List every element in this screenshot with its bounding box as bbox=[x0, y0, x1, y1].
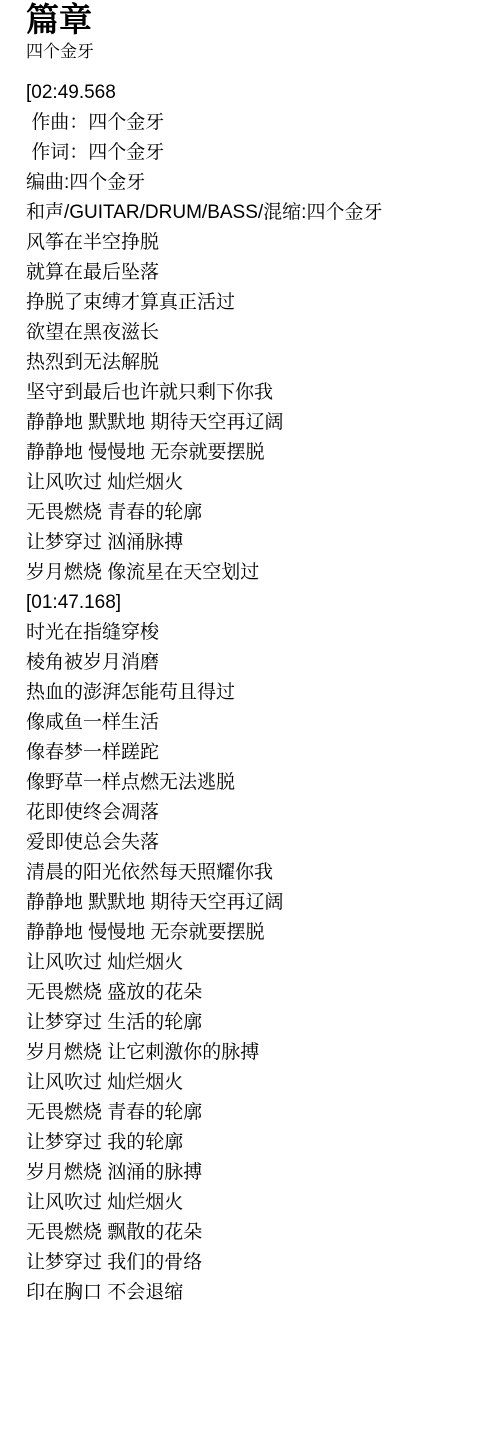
lyric-line: 岁月燃烧 汹涌的脉搏 bbox=[26, 1158, 490, 1188]
lyric-line: 欲望在黑夜滋长 bbox=[26, 318, 490, 348]
lyric-line: 编曲:四个金牙 bbox=[26, 168, 490, 198]
lyric-line: 和声/GUITAR/DRUM/BASS/混缩:四个金牙 bbox=[26, 198, 490, 228]
lyric-line: 作曲：四个金牙 bbox=[26, 108, 490, 138]
lyric-line: 棱角被岁月消磨 bbox=[26, 648, 490, 678]
lyric-line: 无畏燃烧 青春的轮廓 bbox=[26, 498, 490, 528]
lyric-line: 让风吹过 灿烂烟火 bbox=[26, 1188, 490, 1218]
lyric-line: 让风吹过 灿烂烟火 bbox=[26, 1068, 490, 1098]
lyric-line: 让风吹过 灿烂烟火 bbox=[26, 468, 490, 498]
lyric-line: 就算在最后坠落 bbox=[26, 258, 490, 288]
lyric-line: 无畏燃烧 青春的轮廓 bbox=[26, 1098, 490, 1128]
lyric-line: 岁月燃烧 让它刺激你的脉搏 bbox=[26, 1038, 490, 1068]
lyric-line: 爱即使总会失落 bbox=[26, 828, 490, 858]
lyric-line: 清晨的阳光依然每天照耀你我 bbox=[26, 858, 490, 888]
lyric-line: 坚守到最后也许就只剩下你我 bbox=[26, 378, 490, 408]
lyric-line: 热烈到无法解脱 bbox=[26, 348, 490, 378]
lyric-line: 让梦穿过 我的轮廓 bbox=[26, 1128, 490, 1158]
lyric-line: 挣脱了束缚才算真正活过 bbox=[26, 288, 490, 318]
lyric-line: 像春梦一样蹉跎 bbox=[26, 738, 490, 768]
lyric-line: 让梦穿过 汹涌脉搏 bbox=[26, 528, 490, 558]
lyrics-body: [02:49.568 作曲：四个金牙 作词：四个金牙编曲:四个金牙和声/GUIT… bbox=[26, 78, 490, 1308]
lyrics-page: 篇章 四个金牙 [02:49.568 作曲：四个金牙 作词：四个金牙编曲:四个金… bbox=[0, 0, 500, 1308]
lyric-line: 无畏燃烧 飘散的花朵 bbox=[26, 1218, 490, 1248]
lyric-line: 像咸鱼一样生活 bbox=[26, 708, 490, 738]
lyric-line: 风筝在半空挣脱 bbox=[26, 228, 490, 258]
lyric-line: 让梦穿过 我们的骨络 bbox=[26, 1248, 490, 1278]
lyric-line: 印在胸口 不会退缩 bbox=[26, 1278, 490, 1308]
lyric-line: 花即使终会凋落 bbox=[26, 798, 490, 828]
lyric-line: 热血的澎湃怎能苟且得过 bbox=[26, 678, 490, 708]
lyric-line: [01:47.168] bbox=[26, 588, 490, 618]
lyric-line: 让梦穿过 生活的轮廓 bbox=[26, 1008, 490, 1038]
lyric-line: 作词：四个金牙 bbox=[26, 138, 490, 168]
lyric-line: 静静地 默默地 期待天空再辽阔 bbox=[26, 408, 490, 438]
lyric-line: [02:49.568 bbox=[26, 78, 490, 108]
lyric-line: 岁月燃烧 像流星在天空划过 bbox=[26, 558, 490, 588]
lyric-line: 时光在指缝穿梭 bbox=[26, 618, 490, 648]
lyric-line: 让风吹过 灿烂烟火 bbox=[26, 948, 490, 978]
lyric-line: 无畏燃烧 盛放的花朵 bbox=[26, 978, 490, 1008]
lyric-line: 静静地 默默地 期待天空再辽阔 bbox=[26, 888, 490, 918]
song-title: 篇章 bbox=[26, 0, 490, 40]
lyric-line: 静静地 慢慢地 无奈就要摆脱 bbox=[26, 438, 490, 468]
lyric-line: 像野草一样点燃无法逃脱 bbox=[26, 768, 490, 798]
artist-name: 四个金牙 bbox=[26, 40, 490, 64]
lyric-line: 静静地 慢慢地 无奈就要摆脱 bbox=[26, 918, 490, 948]
